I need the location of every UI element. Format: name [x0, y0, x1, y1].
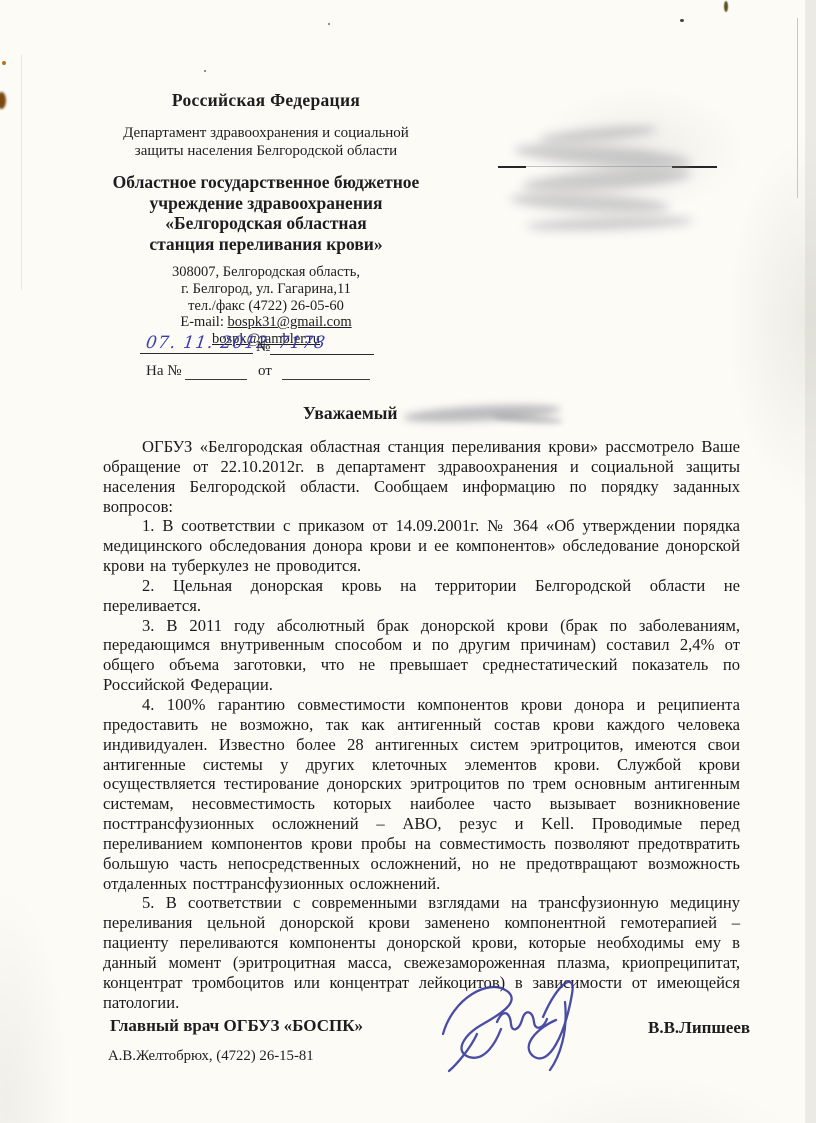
letterhead-email-primary-row: E-mail: bospk31@gmail.com	[80, 314, 452, 331]
body-paragraph: 5. В соответствии с современными взгляда…	[103, 893, 740, 1012]
redaction-smudge	[522, 164, 693, 196]
letterhead-organization-line: Областное государственное бюджетное	[80, 172, 452, 193]
reply-reference-row: На № от	[140, 363, 390, 387]
letterhead-address-line: г. Белгород, ул. Гагарина,11	[80, 281, 452, 298]
letterhead-organization: Областное государственное бюджетное учре…	[80, 172, 452, 254]
body-paragraph: 3. В 2011 году абсолютный брак донорской…	[103, 616, 740, 695]
page-edge-shade	[805, 0, 816, 1123]
reply-date-underline	[282, 379, 370, 380]
reply-from-label: от	[258, 363, 272, 380]
scan-speck	[2, 61, 6, 65]
recipient-line-left	[498, 166, 526, 168]
executor-contact: А.В.Желтобрюх, (4722) 26-15-81	[108, 1048, 314, 1065]
redaction-smudge	[510, 190, 671, 216]
scanned-letter-page: Российская Федерация Департамент здравоо…	[0, 0, 816, 1123]
email-label: E-mail:	[180, 314, 224, 330]
signature-scrawl	[425, 972, 605, 1077]
letterhead-address-line: 308007, Белгородская область,	[80, 264, 452, 281]
signer-name: В.В.Липшеев	[648, 1018, 750, 1038]
letterhead-country: Российская Федерация	[80, 90, 452, 111]
outgoing-date-handwritten: 07. 11. 2012	[145, 333, 270, 353]
letterhead-department-line: Департамент здравоохранения и социальной	[80, 125, 452, 143]
salutation-text: Уважаемый	[303, 403, 397, 423]
recipient-redacted-block	[496, 124, 718, 244]
letterhead-organization-line: учреждение здравоохранения	[80, 193, 452, 214]
body-paragraph: ОГБУЗ «Белгородская областная станция пе…	[103, 437, 740, 516]
outgoing-number-handwritten: 7178	[277, 333, 328, 353]
redaction-smudge	[538, 123, 659, 146]
letterhead-organization-line: «Белгородская областная	[80, 213, 452, 234]
email-primary: bospk31@gmail.com	[228, 314, 352, 330]
body-paragraph: 1. В соответствии с приказом от 14.09.20…	[103, 516, 740, 576]
letterhead-address: 308007, Белгородская область, г. Белгоро…	[80, 264, 452, 314]
scan-speck	[680, 19, 684, 22]
scan-speck	[724, 1, 728, 12]
body-paragraph: 4. 100% гарантию совместимости компонент…	[103, 695, 740, 893]
letterhead-department: Департамент здравоохранения и социальной…	[80, 125, 452, 160]
scan-speck	[0, 92, 6, 109]
salutation-row: Уважаемый	[303, 403, 397, 427]
redaction-smudge	[514, 140, 693, 172]
page-crease-line	[21, 55, 22, 290]
recipient-name-redacted	[493, 413, 563, 426]
letter-body: ОГБУЗ «Белгородская областная станция пе…	[103, 437, 740, 1012]
number-underline	[270, 354, 374, 355]
number-sign: №	[256, 339, 270, 356]
signer-title: Главный врач ОГБУЗ «БОСПК»	[110, 1016, 363, 1036]
letterhead: Российская Федерация Департамент здравоо…	[80, 90, 452, 348]
scan-speck	[328, 23, 330, 25]
body-paragraph: 2. Цельная донорская кровь на территории…	[103, 576, 740, 616]
date-underline	[140, 353, 253, 354]
page-edge-line	[797, 18, 798, 198]
reply-to-label: На №	[146, 363, 182, 380]
scan-speck	[204, 70, 206, 72]
letterhead-organization-line: станция переливания крови»	[80, 234, 452, 255]
redaction-smudge	[526, 214, 694, 233]
reply-number-underline	[185, 379, 247, 380]
outgoing-reference-row: 07. 11. 2012 № 7178	[140, 333, 390, 361]
letterhead-department-line: защиты населения Белгородской области	[80, 143, 452, 161]
letterhead-address-line: тел./факс (4722) 26-05-60	[80, 298, 452, 315]
